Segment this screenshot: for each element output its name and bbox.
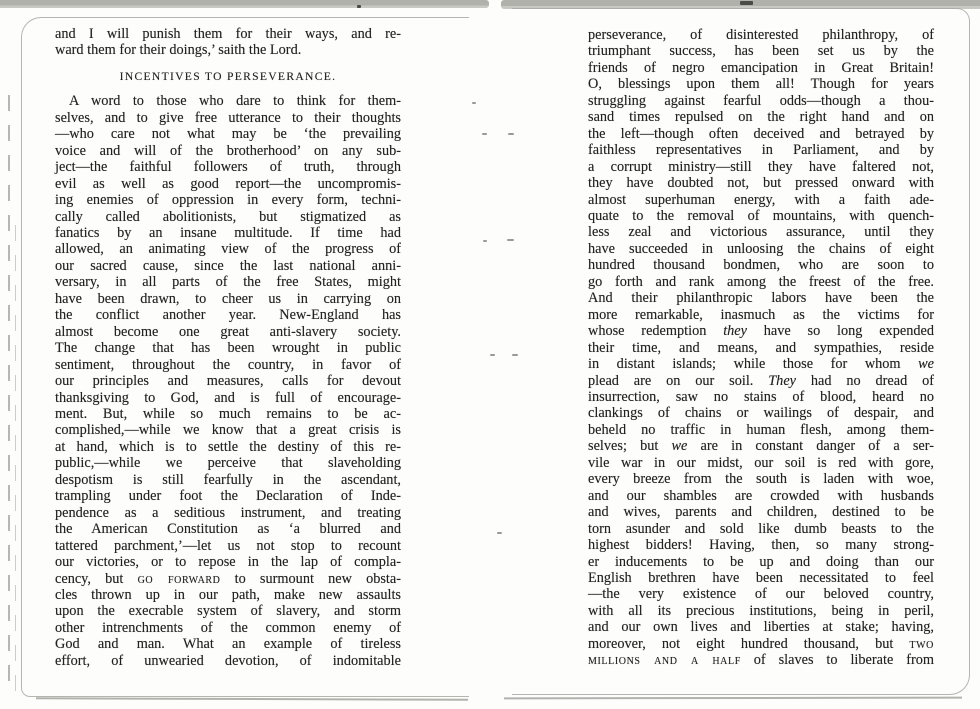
text-line: more remarkable, inasmuch as the victims… bbox=[588, 307, 934, 323]
text-line: a corrupt ministry—still they have falte… bbox=[588, 159, 934, 175]
text-line: go forth and rank among the freest of th… bbox=[588, 274, 934, 290]
text-segment: moreover, not eight hundred thousand, bu… bbox=[588, 636, 909, 652]
text-line: effort, of unwearied devotion, of indomi… bbox=[55, 653, 401, 669]
text-line: evil as well as good report—the uncompro… bbox=[55, 176, 401, 192]
text-line: almost superhuman energy, with a faith a… bbox=[588, 192, 934, 208]
text-line: selves, and to give free utterance to th… bbox=[55, 110, 401, 126]
section-heading: INCENTIVES TO PERSEVERANCE. bbox=[55, 69, 401, 85]
text-line: And their philanthropic labors have been… bbox=[588, 290, 934, 306]
text-line: triumphant success, has been set us by t… bbox=[588, 43, 934, 59]
italic-text: we bbox=[672, 438, 688, 454]
text-line: less zeal and victorious assurance, unti… bbox=[588, 224, 934, 240]
text-line: at hand, which is to settle the destiny … bbox=[55, 439, 401, 455]
text-line: every breeze from the south is laden wit… bbox=[588, 471, 934, 487]
text-line: allowed, an animating view of the progre… bbox=[55, 241, 401, 257]
page-stack-line bbox=[15, 225, 16, 691]
left-column: and I will punish them for their ways, a… bbox=[55, 26, 401, 669]
italic-text: we bbox=[918, 356, 934, 372]
text-line: pendence as a seditious instrument, and … bbox=[55, 505, 401, 521]
scan-speck bbox=[483, 240, 487, 242]
small-caps-text: two bbox=[909, 636, 934, 652]
text-line: the left—though often deceived and betra… bbox=[588, 126, 934, 142]
text-line: er inducements to be up and doing than o… bbox=[588, 554, 934, 570]
text-line: public,—while we perceive that slavehold… bbox=[55, 455, 401, 471]
text-segment: in distant islands; while those for whom bbox=[588, 356, 918, 372]
bottom-edge-left bbox=[36, 697, 468, 701]
scan-speck bbox=[482, 133, 487, 135]
text-line: highest bidders! Having, then, so many s… bbox=[588, 537, 934, 553]
text-line: beheld no traffic in human flesh, among … bbox=[588, 422, 934, 438]
text-line: the American Constitution as ‘a blurred … bbox=[55, 521, 401, 537]
text-line: and our shambles are crowded with husban… bbox=[588, 488, 934, 504]
text-line: and I will punish them for their ways, a… bbox=[55, 26, 401, 42]
text-line: —the very existence of our beloved count… bbox=[588, 586, 934, 602]
text-line: upon the execrable system of slavery, an… bbox=[55, 603, 401, 619]
text-line: ing enemies of oppression in every form,… bbox=[55, 192, 401, 208]
text-line: The change that has been wrought in publ… bbox=[55, 340, 401, 356]
ink-speck-top bbox=[357, 5, 361, 8]
page-edge-top-left bbox=[0, 0, 489, 8]
text-line: and our own lives and liberties at stake… bbox=[588, 619, 934, 635]
text-line: fanatics by an insane multitude. If time… bbox=[55, 225, 401, 241]
text-segment: of slaves to liberate from bbox=[741, 652, 934, 668]
text-line: our principles and measures, calls for d… bbox=[55, 373, 401, 389]
text-line: tattered parchment,’—let us not stop to … bbox=[55, 538, 401, 554]
text-segment: are in constant danger of a ser- bbox=[687, 438, 934, 454]
text-segment: plead are on our soil. bbox=[588, 373, 768, 389]
scan-speck bbox=[507, 239, 514, 241]
small-caps-text: go forward bbox=[138, 571, 221, 587]
text-line: cency, but go forward to surmount new ob… bbox=[55, 571, 401, 587]
text-segment: to surmount new obsta- bbox=[221, 571, 402, 587]
text-line: voice and will of the brotherhood’ on an… bbox=[55, 143, 401, 159]
text-line: perseverance, of disinterested philanthr… bbox=[588, 27, 934, 43]
text-line: English brethren have been necessitated … bbox=[588, 570, 934, 586]
text-line: —who care not what may be ‘the prevailin… bbox=[55, 126, 401, 142]
text-line: plead are on our soil. They had no dread… bbox=[588, 373, 934, 389]
scan-speck bbox=[497, 532, 502, 534]
text-line: moreover, not eight hundred thousand, bu… bbox=[588, 636, 934, 652]
text-segment: cency, but bbox=[55, 571, 138, 587]
scan-speck bbox=[472, 102, 476, 104]
text-line: cally called abolitionists, but stigmati… bbox=[55, 209, 401, 225]
text-line: clankings of chains or wailings of despa… bbox=[588, 405, 934, 421]
text-segment: selves; but bbox=[588, 438, 672, 454]
text-line: O, blessings upon them all! Though for y… bbox=[588, 76, 934, 92]
scan-speck bbox=[508, 133, 514, 135]
text-line: faithless representatives in Parliament,… bbox=[588, 142, 934, 158]
text-line: almost become one great anti-slavery soc… bbox=[55, 324, 401, 340]
text-line: sentiment, throughout the country, in fa… bbox=[55, 357, 401, 373]
text-line: insurrection, saw no stains of blood, he… bbox=[588, 389, 934, 405]
text-line: struggling against fearful odds—though a… bbox=[588, 93, 934, 109]
scan-speck bbox=[512, 354, 518, 356]
text-line: trampling under foot the Declaration of … bbox=[55, 488, 401, 504]
text-line: torn asunder and sold like dumb beasts t… bbox=[588, 521, 934, 537]
italic-text: they bbox=[723, 323, 747, 339]
text-segment: had no dread of bbox=[796, 373, 934, 389]
text-line: sand times repulsed on the right hand an… bbox=[588, 109, 934, 125]
text-line: selves; but we are in constant danger of… bbox=[588, 438, 934, 454]
text-line: despotism is still fearfully in the asce… bbox=[55, 472, 401, 488]
text-line: hundred thousand bondmen, who are soon t… bbox=[588, 257, 934, 273]
text-line: versary, in all parts of the free States… bbox=[55, 274, 401, 290]
text-line: have been drawn, to cheer us in carrying… bbox=[55, 291, 401, 307]
text-line: vile war in our midst, our soil is red w… bbox=[588, 455, 934, 471]
text-line: friends of negro emancipation in Great B… bbox=[588, 60, 934, 76]
text-line: in distant islands; while those for whom… bbox=[588, 356, 934, 372]
text-segment: have so long expended bbox=[747, 323, 934, 339]
text-line: other intrenchments of the common enemy … bbox=[55, 620, 401, 636]
ink-smudge-top bbox=[740, 1, 753, 5]
text-line: God and man. What an example of tireless bbox=[55, 636, 401, 652]
text-line: our sacred cause, since the last nationa… bbox=[55, 258, 401, 274]
bottom-edge-right bbox=[504, 697, 962, 700]
text-line: thanksgiving to God, and is full of enco… bbox=[55, 390, 401, 406]
text-line: they have doubted not, but pressed onwar… bbox=[588, 175, 934, 191]
italic-text: They bbox=[768, 373, 796, 389]
text-line: have succeeded in unloosing the chains o… bbox=[588, 241, 934, 257]
text-line: millions and a half of slaves to liberat… bbox=[588, 652, 934, 668]
text-line: our victories, or to repose in the lap o… bbox=[55, 554, 401, 570]
text-line: ject—the faithful followers of truth, th… bbox=[55, 159, 401, 175]
text-line: A word to those who dare to think for th… bbox=[55, 93, 401, 109]
text-line: complished,—while we know that a great c… bbox=[55, 422, 401, 438]
text-line: the conflict another year. New-England h… bbox=[55, 307, 401, 323]
text-line: quate to the removal of mountains, with … bbox=[588, 208, 934, 224]
text-line: ward them for their doings,’ saith the L… bbox=[55, 42, 401, 58]
text-line: cles thrown up in our path, make new ass… bbox=[55, 587, 401, 603]
text-line: whose redemption they have so long expen… bbox=[588, 323, 934, 339]
text-line: their time, and means, and sympathies, r… bbox=[588, 340, 934, 356]
text-line: ment. But, while so much remains to be a… bbox=[55, 406, 401, 422]
text-line: and wives, parents and children, destine… bbox=[588, 504, 934, 520]
text-line: with all its precious institutions, bein… bbox=[588, 603, 934, 619]
right-column: perseverance, of disinterested philanthr… bbox=[588, 27, 934, 669]
page-stack-line bbox=[8, 95, 10, 691]
text-segment: whose redemption bbox=[588, 323, 723, 339]
small-caps-text: millions and a half bbox=[588, 652, 741, 668]
scan-speck bbox=[490, 354, 495, 356]
